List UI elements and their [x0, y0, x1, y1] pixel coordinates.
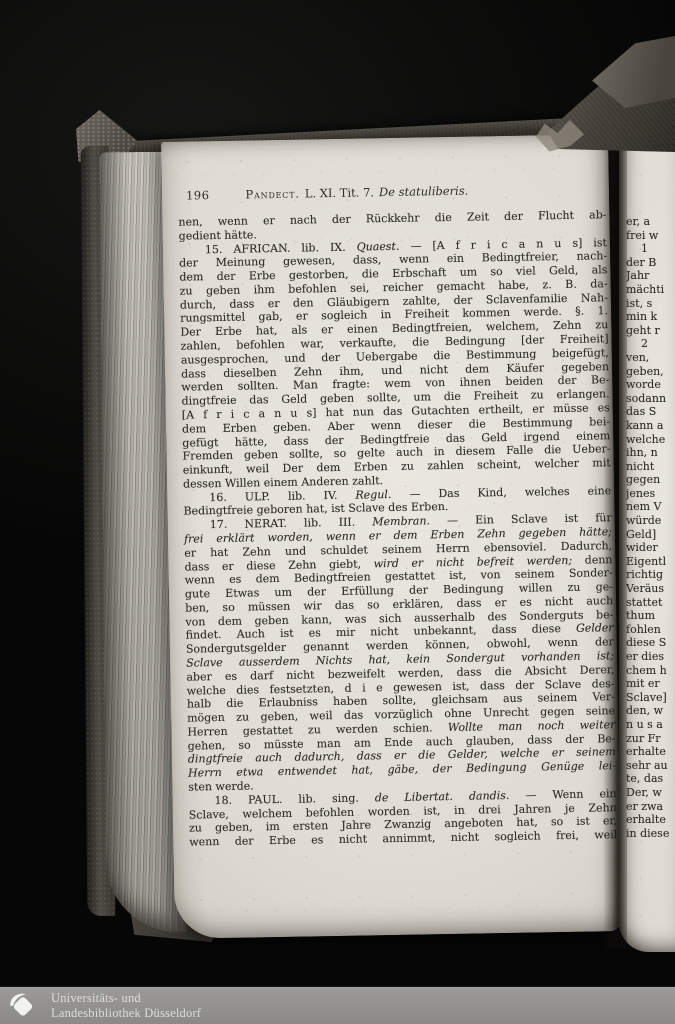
right-page-sliver: er, afrei w1der BJahrmächtiist, smin kge…	[619, 120, 675, 952]
left-page: 196 Pandect. L. XI. Tit. 7. De statulibe…	[161, 134, 622, 939]
text-line: zur Fr	[626, 732, 675, 746]
text-line: wider	[626, 541, 675, 555]
text-line: worde	[626, 378, 675, 392]
text-line: sehr au	[626, 759, 675, 773]
text-line: gegen	[626, 473, 675, 487]
text-line: frei w	[626, 229, 675, 243]
text-line: würde	[626, 514, 675, 528]
text-line: n u s a	[626, 718, 675, 732]
text-line: te, das	[626, 772, 675, 786]
text-line: erhalte	[626, 745, 675, 759]
text-line: geben,	[626, 365, 675, 379]
text-line: thum	[626, 609, 675, 623]
text-line: Der, w	[626, 786, 675, 800]
text-line: er dies	[626, 650, 675, 664]
text-line: in diese	[626, 827, 675, 841]
text-line: fohlen	[626, 623, 675, 637]
text-line: jenes	[626, 487, 675, 501]
text-line: kann a	[626, 419, 675, 433]
library-name: Universitäts- und Landesbibliothek Düsse…	[51, 991, 201, 1020]
text-line: nicht	[626, 460, 675, 474]
running-title-italic: De statuliberis.	[379, 184, 469, 200]
library-logo-icon	[6, 990, 40, 1022]
text-line: das S	[626, 405, 675, 419]
body-text: nen, wenn er nach der Rückkehr die Zeit …	[178, 208, 617, 849]
running-title-smallcaps: Pandect.	[245, 187, 300, 202]
text-line: der B	[626, 256, 675, 270]
text-line: geht r	[626, 324, 675, 338]
text-line: Geld]	[626, 528, 675, 542]
text-line: stattet	[626, 596, 675, 610]
right-page-text-fragment: er, afrei w1der BJahrmächtiist, smin kge…	[626, 215, 675, 840]
text-line: sodann	[626, 392, 675, 406]
text-line: den, w	[626, 704, 675, 718]
book-scan-photo: 196 Pandect. L. XI. Tit. 7. De statulibe…	[0, 0, 675, 1024]
running-title-mid: L. XI. Tit. 7.	[305, 185, 374, 200]
text-line: 2	[626, 337, 675, 351]
page-number: 196	[186, 188, 210, 202]
text-line: ist, s	[626, 297, 675, 311]
text-line: Eigentl	[626, 555, 675, 569]
library-name-line2: Landesbibliothek Düsseldorf	[51, 1006, 201, 1021]
text-line: er zwa	[626, 800, 675, 814]
text-line: mit er	[626, 677, 675, 691]
page-header: 196 Pandect. L. XI. Tit. 7. De statulibe…	[186, 184, 469, 203]
text-line: welche	[626, 433, 675, 447]
text-line: nem V	[626, 500, 675, 514]
text-line: mächti	[626, 283, 675, 297]
text-line: Veräus	[626, 582, 675, 596]
text-line: 1	[626, 242, 675, 256]
text-line: erhalte	[626, 813, 675, 827]
book-gutter-shadow	[603, 122, 627, 948]
text-line: ihn, n	[626, 446, 675, 460]
text-line: Jahr	[626, 269, 675, 283]
text-line: min k	[626, 310, 675, 324]
text-line: chem h	[626, 664, 675, 678]
library-name-line1: Universitäts- und	[51, 991, 201, 1006]
text-line: richtig	[626, 568, 675, 582]
text-line: er, a	[626, 215, 675, 229]
text-line: diese S	[626, 636, 675, 650]
watermark-bar: Universitäts- und Landesbibliothek Düsse…	[0, 987, 675, 1024]
text-line: ven,	[626, 351, 675, 365]
text-line: Sclave]	[626, 691, 675, 705]
